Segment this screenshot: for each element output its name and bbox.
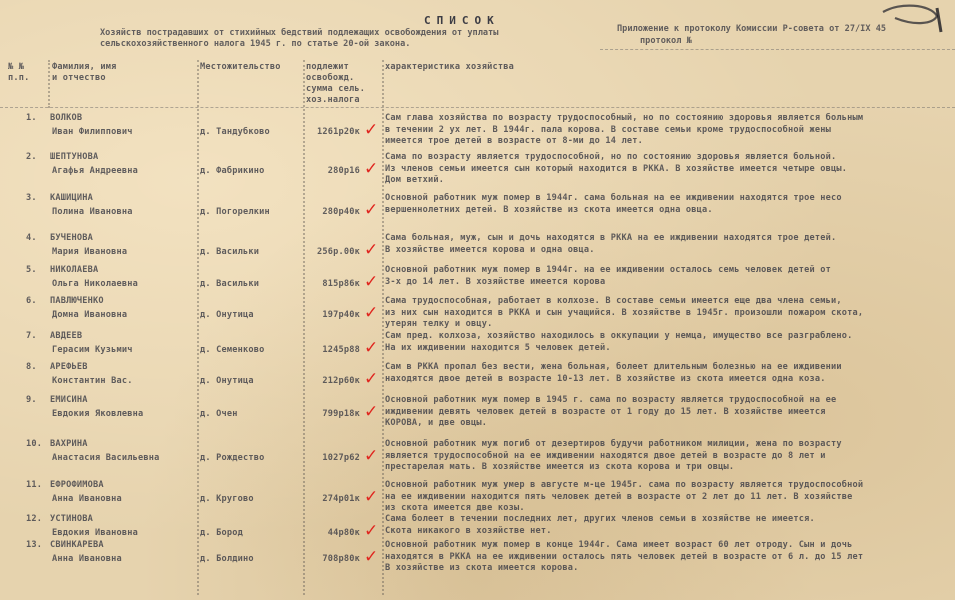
row-characteristics-line: Сама болеет в течении последних лет, дру… <box>385 514 815 524</box>
row-number: 1. <box>26 113 37 123</box>
check-mark-icon: ✓ <box>364 305 378 322</box>
row-village: д. Васильки <box>200 247 259 257</box>
row-surname: ВАХРИНА <box>50 439 88 449</box>
row-given-name: Евдокия Ивановна <box>52 528 138 538</box>
check-mark-icon: ✓ <box>364 242 378 259</box>
row-tax-amount: 197р40к <box>322 310 360 320</box>
row-characteristics-line: находятся в РККА на ее иждивении осталос… <box>385 552 863 562</box>
row-characteristics-line: В хозяйстве имеется корова и одна овца. <box>385 245 595 255</box>
row-characteristics-line: из скота имеется две козы. <box>385 503 525 513</box>
row-characteristics-line: Основной работник муж помер в 1945 г. са… <box>385 395 836 405</box>
row-number: 4. <box>26 233 37 243</box>
attachment-protocol: протокол № <box>640 36 692 46</box>
check-mark-icon: ✓ <box>364 371 378 388</box>
row-tax-amount: 256р.00к <box>317 247 360 257</box>
attachment-note: Приложение к протоколу Комиссии Р-совета… <box>617 24 886 34</box>
row-surname: КАШИЦИНА <box>50 193 93 203</box>
row-surname: БУЧЕНОВА <box>50 233 93 243</box>
row-surname: ВОЛКОВ <box>50 113 82 123</box>
row-characteristics-line: Скота никакого в хозяйстве нет. <box>385 526 552 536</box>
row-tax-amount: 212р60к <box>322 376 360 386</box>
document-subtitle-2: сельскохозяйственного налога 1945 г. по … <box>100 39 410 49</box>
col-header-num-2: п.п. <box>8 73 30 83</box>
divider <box>600 49 955 50</box>
col-header-residence: Местожительство <box>200 62 281 72</box>
row-given-name: Константин Вас. <box>52 376 133 386</box>
row-characteristics-line: Дом ветхий. <box>385 175 444 185</box>
row-surname: ШЕПТУНОВА <box>50 152 98 162</box>
row-characteristics-line: Сам в РККА пропал без вести, жена больна… <box>385 362 842 372</box>
check-mark-icon: ✓ <box>364 274 378 291</box>
row-village: д. Рождество <box>200 453 265 463</box>
check-mark-icon: ✓ <box>364 404 378 421</box>
row-given-name: Полина Ивановна <box>52 207 133 217</box>
row-given-name: Анастасия Васильевна <box>52 453 159 463</box>
row-given-name: Анна Ивановна <box>52 494 122 504</box>
row-village: д. Тандубково <box>200 127 270 137</box>
row-characteristics-line: из них сын находится в РККА и сын учащий… <box>385 308 863 318</box>
row-village: д. Онутица <box>200 310 254 320</box>
row-surname: ЕФРОФИМОВА <box>50 480 104 490</box>
col-header-name-2: и отчество <box>52 73 106 83</box>
row-tax-amount: 1261р20к <box>317 127 360 137</box>
row-characteristics-line: Основной работник муж погиб от дезертиро… <box>385 439 842 449</box>
check-mark-icon: ✓ <box>364 523 378 540</box>
row-given-name: Домна Ивановна <box>52 310 127 320</box>
row-tax-amount: 280р40к <box>322 207 360 217</box>
row-characteristics-line: Сам глава хозяйства по возрасту трудоспо… <box>385 113 863 123</box>
row-number: 7. <box>26 331 37 341</box>
row-village: д. Онутица <box>200 376 254 386</box>
row-characteristics-line: является трудоспособной на ее иждивении … <box>385 451 826 461</box>
row-village: д. Бород <box>200 528 243 538</box>
document-title: СПИСОК <box>424 14 500 27</box>
row-characteristics-line: Основной работник муж помер в 1944г. на … <box>385 265 831 275</box>
row-tax-amount: 708р80к <box>322 554 360 564</box>
row-characteristics-line: Сам пред. колхоза, хозяйство находилось … <box>385 331 853 341</box>
row-tax-amount: 815р86к <box>322 279 360 289</box>
row-tax-amount: 44р80к <box>328 528 360 538</box>
row-village: д. Кругово <box>200 494 254 504</box>
row-characteristics-line: Сама по возрасту является трудоспособной… <box>385 152 836 162</box>
row-village: д. Болдино <box>200 554 254 564</box>
col-sep <box>382 60 384 595</box>
check-mark-icon: ✓ <box>364 448 378 465</box>
col-header-name-1: Фамилия, имя <box>52 62 117 72</box>
check-mark-icon: ✓ <box>364 122 378 139</box>
row-characteristics-line: КОРОВА, и две овцы. <box>385 418 487 428</box>
row-number: 8. <box>26 362 37 372</box>
row-given-name: Ольга Николаевна <box>52 279 138 289</box>
header-divider <box>0 107 955 108</box>
col-header-tax-1: подлежит <box>306 62 349 72</box>
row-village: д. Васильки <box>200 279 259 289</box>
row-given-name: Мария Ивановна <box>52 247 127 257</box>
row-characteristics-line: Основной работник муж помер в конце 1944… <box>385 540 853 550</box>
row-surname: АВДЕЕВ <box>50 331 82 341</box>
col-header-tax-4: хоз.налога <box>306 95 360 105</box>
row-surname: АРЕФЬЕВ <box>50 362 88 372</box>
row-given-name: Герасим Кузьмич <box>52 345 133 355</box>
col-header-tax-3: сумма сель. <box>306 84 365 94</box>
row-characteristics-line: Основной работник муж умер в августе м-ц… <box>385 480 863 490</box>
col-header-num-1: № № <box>8 62 24 72</box>
row-number: 5. <box>26 265 37 275</box>
row-number: 6. <box>26 296 37 306</box>
row-characteristics-line: На их иждивении находится 5 человек дете… <box>385 343 611 353</box>
row-surname: ЕМИСИНА <box>50 395 88 405</box>
row-tax-amount: 1245р88 <box>322 345 360 355</box>
check-mark-icon: ✓ <box>364 549 378 566</box>
row-village: д. Семенково <box>200 345 265 355</box>
check-mark-icon: ✓ <box>364 489 378 506</box>
col-sep <box>197 60 199 595</box>
row-tax-amount: 799р18к <box>322 409 360 419</box>
row-characteristics-line: В хозяйстве из скота имеется корова. <box>385 563 578 573</box>
row-characteristics-line: престарелая мать. В хозяйстве имеется из… <box>385 462 734 472</box>
document-subtitle-1: Хозяйств пострадавших от стихийных бедст… <box>100 28 498 38</box>
row-tax-amount: 280р16 <box>328 166 360 176</box>
row-tax-amount: 1027р62 <box>322 453 360 463</box>
row-given-name: Агафья Андреевна <box>52 166 138 176</box>
row-number: 13. <box>26 540 42 550</box>
row-surname: УСТИНОВА <box>50 514 93 524</box>
row-characteristics-line: находятся двое детей в возрасте 10-13 ле… <box>385 374 826 384</box>
row-characteristics-line: в течении 2 ух лет. В 1944г. пала корова… <box>385 125 831 135</box>
row-characteristics-line: на ее иждивении находится пять человек д… <box>385 492 853 502</box>
check-mark-icon: ✓ <box>364 340 378 357</box>
row-village: д. Фабрикино <box>200 166 265 176</box>
row-characteristics-line: иждивении девять человек детей в возраст… <box>385 407 826 417</box>
check-mark-icon: ✓ <box>364 161 378 178</box>
row-number: 12. <box>26 514 42 524</box>
col-sep <box>48 60 50 108</box>
col-header-tax-2: освобожд. <box>306 73 354 83</box>
check-mark-icon: ✓ <box>364 202 378 219</box>
row-characteristics-line: Сама больная, муж, сын и дочь находятся … <box>385 233 836 243</box>
row-given-name: Иван Филиппович <box>52 127 133 137</box>
col-header-characteristics: характеристика хозяйства <box>385 62 514 72</box>
row-given-name: Евдокия Яковлевна <box>52 409 143 419</box>
row-surname: НИКОЛАЕВА <box>50 265 98 275</box>
row-number: 11. <box>26 480 42 490</box>
row-characteristics-line: Сама трудоспособная, работает в колхозе.… <box>385 296 842 306</box>
row-characteristics-line: вершеннолетних детей. В хозяйстве из ско… <box>385 205 713 215</box>
col-sep <box>303 60 305 595</box>
row-characteristics-line: утерян телку и овцу. <box>385 319 492 329</box>
row-given-name: Анна Ивановна <box>52 554 122 564</box>
row-village: д. Очен <box>200 409 238 419</box>
row-number: 3. <box>26 193 37 203</box>
row-surname: ПАВЛЮЧЕНКО <box>50 296 104 306</box>
row-number: 10. <box>26 439 42 449</box>
row-number: 9. <box>26 395 37 405</box>
row-characteristics-line: Из членов семьи имеется сын который нахо… <box>385 164 847 174</box>
row-village: д. Погорелкин <box>200 207 270 217</box>
row-characteristics-line: Основной работник муж помер в 1944г. сам… <box>385 193 842 203</box>
row-tax-amount: 274р01к <box>322 494 360 504</box>
row-surname: СВИНКАРЕВА <box>50 540 104 550</box>
row-characteristics-line: 3-х до 14 лет. В хозяйстве имеется коров… <box>385 277 605 287</box>
row-characteristics-line: имеется трое детей в возрасте от 8-ми до… <box>385 136 643 146</box>
row-number: 2. <box>26 152 37 162</box>
